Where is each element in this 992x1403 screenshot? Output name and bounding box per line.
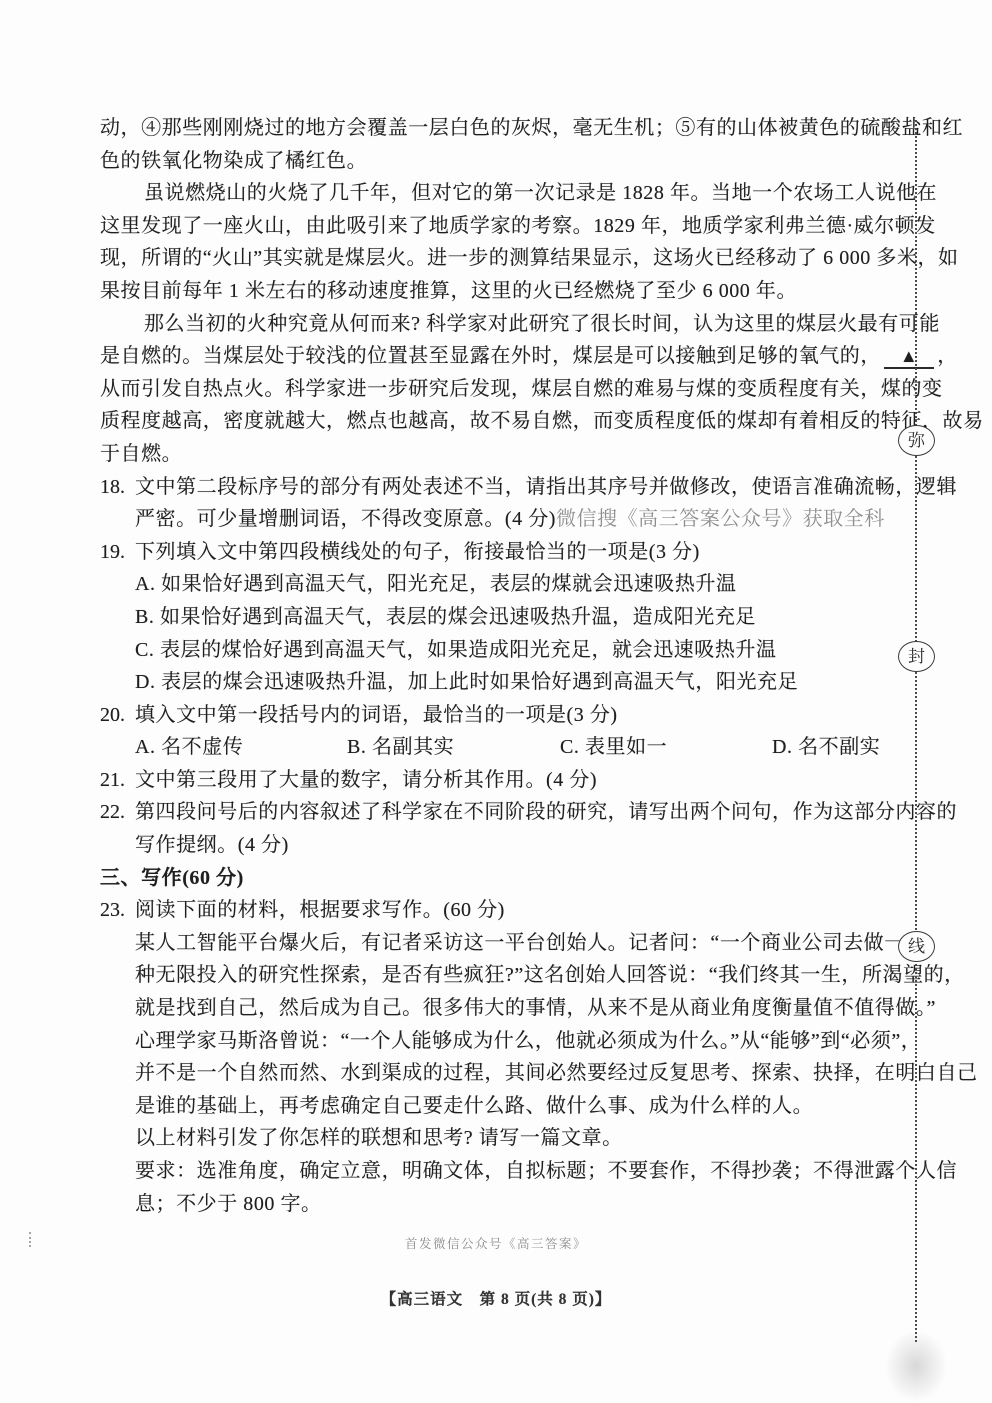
question-18-number: 18. <box>100 471 135 504</box>
question-20-text: 填入文中第一段括号内的词语，最恰当的一项是(3 分) <box>135 704 618 726</box>
question-21-text: 文中第三段用了大量的数字，请分析其作用。(4 分) <box>135 769 597 791</box>
passage-line-with-blank: 是自燃的。当煤层处于较浅的位置甚至显露在外时，煤层是可以接触到足够的氧气的，▲， <box>100 340 892 373</box>
question-20-options-row: A. 名不虚传 B. 名副其实 C. 表里如一 D. 名不副实 <box>100 731 892 764</box>
material-line: 要求：选准角度，确定立意，明确文体，自拟标题；不要套作，不得抄袭；不得泄露个人信 <box>100 1155 892 1188</box>
seal-dotted-line <box>915 120 917 1342</box>
passage-line: 于自燃。 <box>100 438 892 471</box>
question-22-stem-line2: 写作提纲。(4 分) <box>100 829 892 862</box>
material-line: 心理学家马斯洛曾说：“一个人能够成为什么，他就必须成为什么。”从“能够”到“必须… <box>100 1025 892 1058</box>
question-21-stem: 21.文中第三段用了大量的数字，请分析其作用。(4 分) <box>100 764 892 797</box>
center-watermark-text: 首发微信公众号《高三答案》 <box>100 1236 892 1252</box>
question-18-stem-line2: 严密。可少量增删词语，不得改变原意。(4 分)微信搜《高三答案公众号》获取全科 <box>100 503 892 536</box>
inline-watermark-text: 微信搜《高三答案公众号》获取全科 <box>556 508 885 530</box>
question-19-number: 19. <box>100 536 135 569</box>
question-19-text: 下列填入文中第四段横线处的句子，衔接最恰当的一项是(3 分) <box>135 541 700 563</box>
question-22-text: 第四段问号后的内容叙述了科学家在不同阶段的研究，请写出两个问句，作为这部分内容的 <box>135 801 957 823</box>
question-20-option-d: D. 名不副实 <box>772 731 880 764</box>
material-line: 某人工智能平台爆火后，有记者采访这一平台创始人。记者问：“一个商业公司去做一 <box>100 927 892 960</box>
seal-char-mi: 弥 <box>898 425 935 456</box>
fill-in-blank-underline: ▲ <box>884 345 934 369</box>
question-19-option-d: D. 表层的煤会迅速吸热升温，加上此时如果恰好遇到高温天气，阳光充足 <box>100 666 892 699</box>
passage-line: 这里发现了一座火山，由此吸引来了地质学家的考察。1829 年，地质学家利弗兰德·… <box>100 210 892 243</box>
question-22-stem-line1: 22.第四段问号后的内容叙述了科学家在不同阶段的研究，请写出两个问句，作为这部分… <box>100 796 892 829</box>
question-20-option-b: B. 名副其实 <box>347 731 560 764</box>
passage-blank-post-text: ， <box>937 345 958 367</box>
exam-paper-page: 动，④那些刚刚烧过的地方会覆盖一层白色的灰烬，毫无生机；⑤有的山体被黄色的硫酸盐… <box>0 0 992 1403</box>
question-23-stem: 23.阅读下面的材料，根据要求写作。(60 分) <box>100 894 892 927</box>
question-22-number: 22. <box>100 796 135 829</box>
question-18-stem-line1: 18.文中第二段标序号的部分有两处表述不当，请指出其序号并做修改，使语言准确流畅… <box>100 471 892 504</box>
question-23-text: 阅读下面的材料，根据要求写作。(60 分) <box>135 899 505 921</box>
material-line: 并不是一个自然而然、水到渠成的过程，其间必然要经过反复思考、探索、抉择，在明白自… <box>100 1057 892 1090</box>
question-21-number: 21. <box>100 764 135 797</box>
scan-dot-artifact <box>29 1232 31 1247</box>
material-line: 种无限投入的研究性探索，是否有些疯狂?”这名创始人回答说：“我们终其一生，所渴望… <box>100 959 892 992</box>
question-19-option-b: B. 如果恰好遇到高温天气，表层的煤会迅速吸热升温，造成阳光充足 <box>100 601 892 634</box>
question-23-number: 23. <box>100 894 135 927</box>
page-footer-label: 【高三语文 第 8 页(共 8 页)】 <box>100 1290 892 1310</box>
passage-line: 质程度越高，密度就越大，燃点也越高，故不易自燃，而变质程度低的煤却有着相反的特征… <box>100 405 892 438</box>
question-19-stem: 19.下列填入文中第四段横线处的句子，衔接最恰当的一项是(3 分) <box>100 536 892 569</box>
question-20-option-a: A. 名不虚传 <box>135 731 347 764</box>
passage-line: 动，④那些刚刚烧过的地方会覆盖一层白色的灰烬，毫无生机；⑤有的山体被黄色的硫酸盐… <box>100 112 892 145</box>
question-18-text: 文中第二段标序号的部分有两处表述不当，请指出其序号并做修改，使语言准确流畅，逻辑 <box>135 476 957 498</box>
question-20-stem: 20.填入文中第一段括号内的词语，最恰当的一项是(3 分) <box>100 699 892 732</box>
question-19-option-c: C. 表层的煤恰好遇到高温天气，如果造成阳光充足，就会迅速吸热升温 <box>100 634 892 667</box>
section-writing-heading: 三、写作(60 分) <box>100 862 892 895</box>
seal-char-feng: 封 <box>898 641 935 672</box>
exam-content-column: 动，④那些刚刚烧过的地方会覆盖一层白色的灰烬，毫无生机；⑤有的山体被黄色的硫酸盐… <box>100 112 892 1310</box>
material-line: 是谁的基础上，再考虑确定自己要走什么路、做什么事、成为什么样的人。 <box>100 1090 892 1123</box>
seal-char-xian: 线 <box>898 931 935 962</box>
material-line: 就是找到自己，然后成为自己。很多伟大的事情，从来不是从商业角度衡量值不值得做。” <box>100 992 892 1025</box>
material-line: 以上材料引发了你怎样的联想和思考? 请写一篇文章。 <box>100 1122 892 1155</box>
passage-line: 那么当初的火种究竟从何而来? 科学家对此研究了很长时间，认为这里的煤层火最有可能 <box>100 308 892 341</box>
material-line: 息；不少于 800 字。 <box>100 1188 892 1221</box>
question-19-option-a: A. 如果恰好遇到高温天气，阳光充足，表层的煤就会迅速吸热升温 <box>100 568 892 601</box>
passage-line: 色的铁氧化物染成了橘红色。 <box>100 145 892 178</box>
scan-smudge-artifact <box>885 1330 947 1402</box>
passage-line: 虽说燃烧山的火烧了几千年，但对它的第一次记录是 1828 年。当地一个农场工人说… <box>100 177 892 210</box>
passage-line: 从而引发自热点火。科学家进一步研究后发现，煤层自燃的难易与煤的变质程度有关，煤的… <box>100 373 892 406</box>
passage-blank-pre-text: 是自燃的。当煤层处于较浅的位置甚至显露在外时，煤层是可以接触到足够的氧气的， <box>100 345 881 367</box>
question-20-option-c: C. 表里如一 <box>560 731 772 764</box>
question-18-text-cont: 严密。可少量增删词语，不得改变原意。(4 分) <box>135 508 556 530</box>
passage-line: 果按目前每年 1 米左右的移动速度推算，这里的火已经燃烧了至少 6 000 年。 <box>100 275 892 308</box>
passage-line: 现，所谓的“火山”其实就是煤层火。进一步的测算结果显示，这场火已经移动了 6 0… <box>100 242 892 275</box>
question-20-number: 20. <box>100 699 135 732</box>
